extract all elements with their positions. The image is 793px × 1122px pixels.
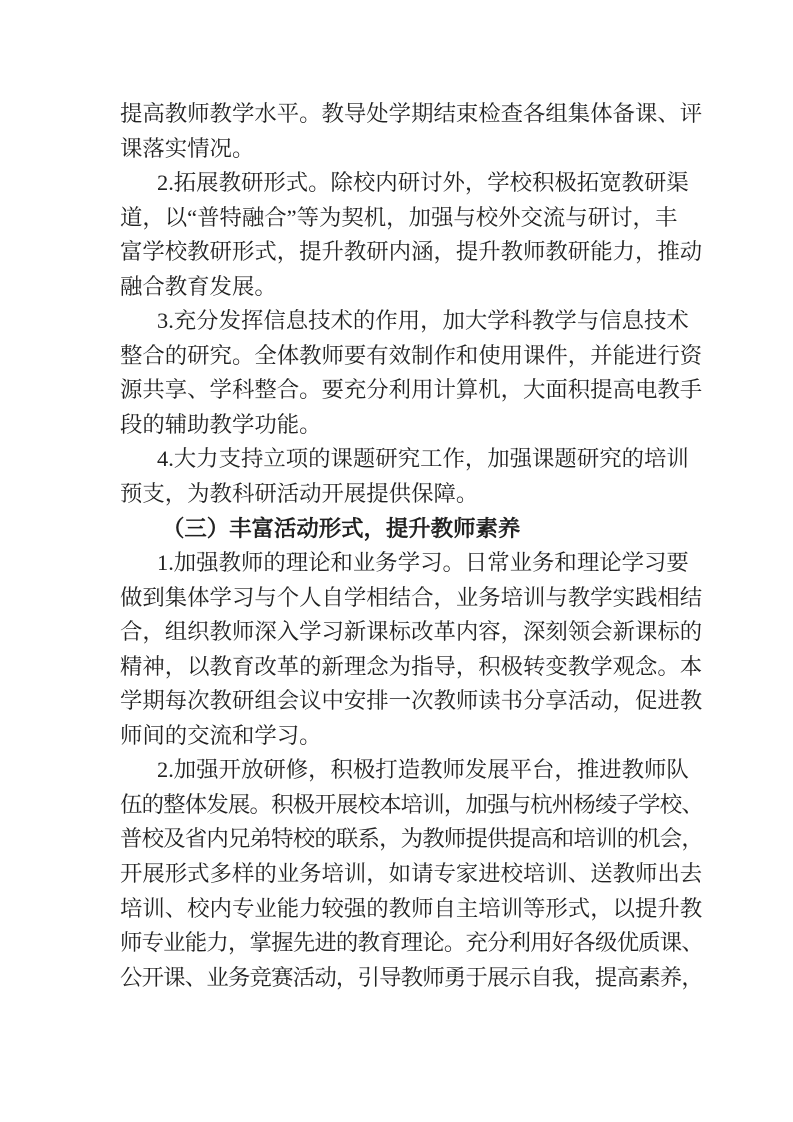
text-line: 融合教育发展。	[120, 270, 710, 305]
text-line: 师专业能力，掌握先进的教育理论。充分利用好各级优质课、	[120, 926, 710, 961]
text-line: 课落实情况。	[120, 132, 710, 167]
document-text-block: 提高教师教学水平。教导处学期结束检查各组集体备课、评课落实情况。2.拓展教研形式…	[120, 97, 710, 995]
text-line: 精神，以教育改革的新理念为指导，积极转变教学观念。本	[120, 650, 710, 685]
text-line: 做到集体学习与个人自学相结合，业务培训与教学实践相结	[120, 581, 710, 616]
text-line: 整合的研究。全体教师要有效制作和使用课件，并能进行资	[120, 339, 710, 374]
text-line: 富学校教研形式，提升教研内涵，提升教师教研能力，推动	[120, 235, 710, 270]
text-line: 2.拓展教研形式。除校内研讨外，学校积极拓宽教研渠	[120, 166, 710, 201]
text-line: 道，以“普特融合”等为契机，加强与校外交流与研讨，丰	[120, 201, 710, 236]
text-line: 预支，为教科研活动开展提供保障。	[120, 477, 710, 512]
text-line: 合，组织教师深入学习新课标改革内容，深刻领会新课标的	[120, 615, 710, 650]
text-line: 2.加强开放研修，积极打造教师发展平台，推进教师队	[120, 753, 710, 788]
text-line: 源共享、学科整合。要充分利用计算机，大面积提高电教手	[120, 373, 710, 408]
text-line: （三）丰富活动形式，提升教师素养	[120, 512, 710, 547]
text-line: 培训、校内专业能力较强的教师自主培训等形式，以提升教	[120, 892, 710, 927]
text-line: 4.大力支持立项的课题研究工作，加强课题研究的培训	[120, 442, 710, 477]
text-line: 3.充分发挥信息技术的作用，加大学科教学与信息技术	[120, 304, 710, 339]
text-line: 段的辅助教学功能。	[120, 408, 710, 443]
text-line: 普校及省内兄弟特校的联系，为教师提供提高和培训的机会，	[120, 822, 710, 857]
text-line: 公开课、业务竞赛活动，引导教师勇于展示自我，提高素养，	[120, 961, 710, 996]
text-line: 提高教师教学水平。教导处学期结束检查各组集体备课、评	[120, 97, 710, 132]
text-line: 伍的整体发展。积极开展校本培训，加强与杭州杨绫子学校、	[120, 788, 710, 823]
text-line: 1.加强教师的理论和业务学习。日常业务和理论学习要	[120, 546, 710, 581]
text-line: 开展形式多样的业务培训，如请专家进校培训、送教师出去	[120, 857, 710, 892]
document-page: 提高教师教学水平。教导处学期结束检查各组集体备课、评课落实情况。2.拓展教研形式…	[0, 0, 793, 1122]
text-line: 师间的交流和学习。	[120, 719, 710, 754]
text-line: 学期每次教研组会议中安排一次教师读书分享活动，促进教	[120, 684, 710, 719]
